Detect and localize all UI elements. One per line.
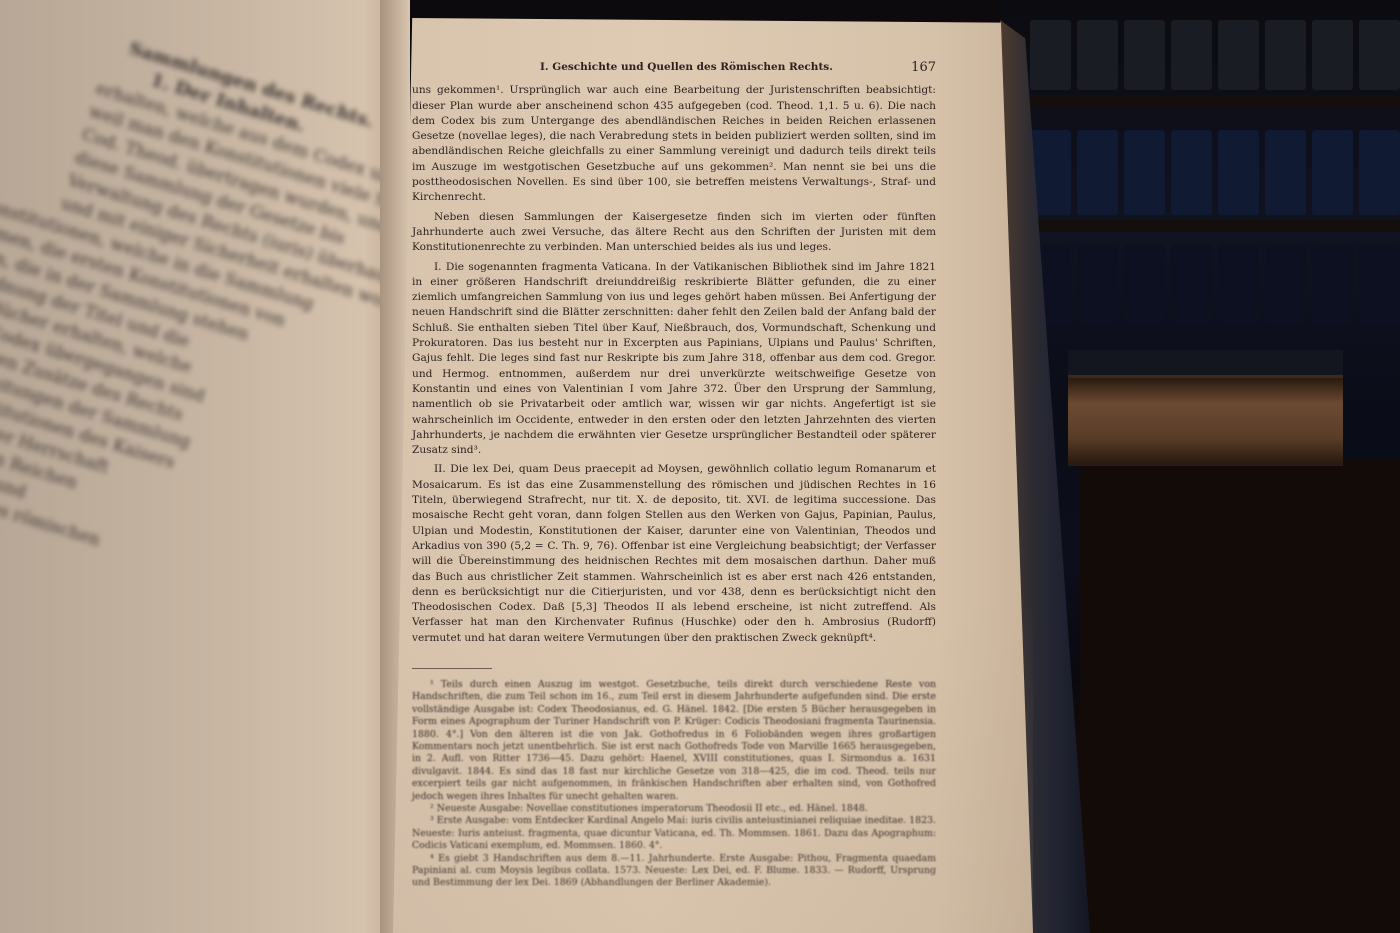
footnote-3: ³ Erste Ausgabe: vom Entdecker Kardinal …	[412, 815, 936, 852]
right-page-content: I. Geschichte und Quellen des Römischen …	[412, 60, 936, 890]
left-page: Sammlungen des Rechts. 1. Der Inhalten. …	[0, 0, 395, 933]
shelf-plank	[1030, 95, 1400, 107]
closed-book-page-edge	[1068, 375, 1343, 466]
footnote-4: ⁴ Es giebt 3 Handschriften aus dem 8.—11…	[412, 853, 936, 890]
footnote-1: ¹ Teils durch einen Auszug im westgot. G…	[412, 679, 936, 803]
shelf-plank	[1030, 220, 1400, 232]
shelf-books-middle	[1030, 130, 1400, 215]
paragraph: Neben diesen Sammlungen der Kaisergesetz…	[412, 210, 936, 256]
left-page-text: Sammlungen des Rechts. 1. Der Inhalten. …	[0, 0, 382, 687]
closed-book-cover	[1068, 350, 1343, 378]
footnotes: ¹ Teils durch einen Auszug im westgot. G…	[412, 679, 936, 890]
page-number: 167	[911, 60, 936, 75]
footnote-divider	[412, 668, 492, 669]
footnote-2: ² Neueste Ausgabe: Novellae constitution…	[412, 803, 936, 815]
paragraph-fragmenta-vaticana: I. Die sogenannten fragmenta Vaticana. I…	[412, 260, 936, 459]
running-head-title: I. Geschichte und Quellen des Römischen …	[540, 60, 833, 75]
paragraph-lex-dei: II. Die lex Dei, quam Deus praecepit ad …	[412, 462, 936, 646]
table-surface	[1080, 460, 1400, 933]
shelf-books-top	[1030, 20, 1400, 90]
paragraph: uns gekommen¹. Ursprünglich war auch ein…	[412, 83, 936, 205]
shelf-books-bottom	[1030, 245, 1400, 325]
running-head: I. Geschichte und Quellen des Römischen …	[540, 60, 936, 75]
